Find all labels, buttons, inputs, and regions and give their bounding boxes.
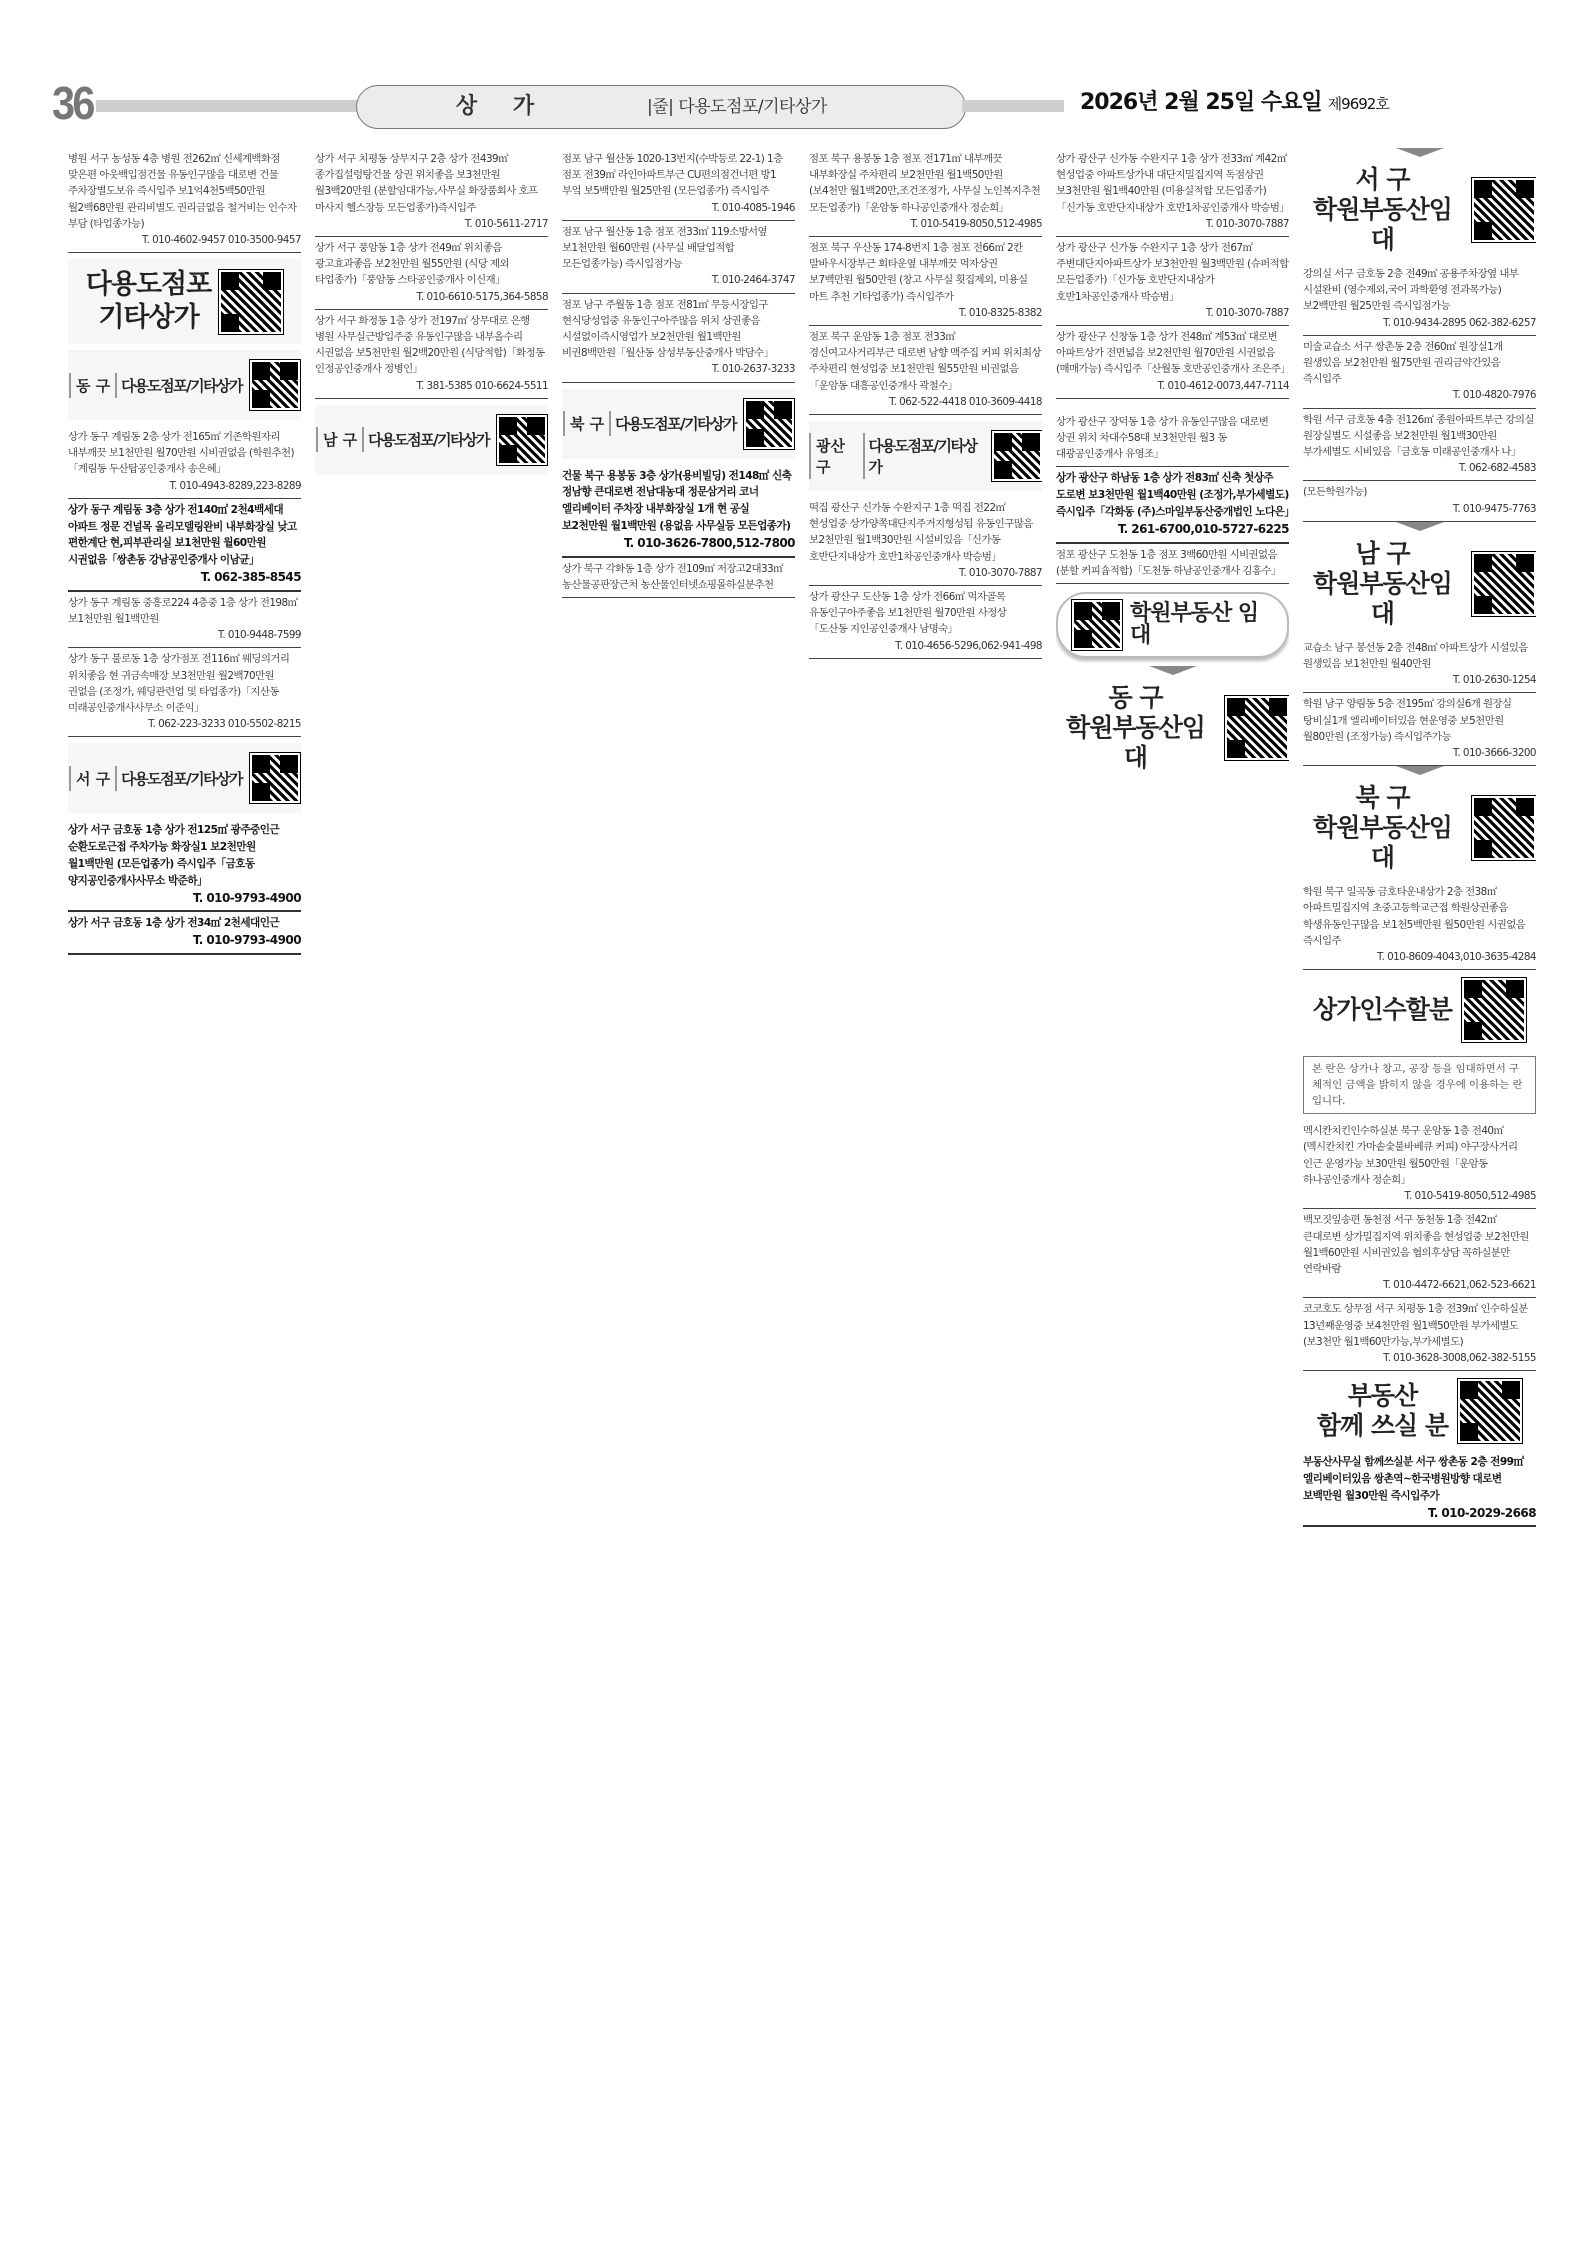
classified-ad: 학원 남구 양림동 5층 전195㎡ 강의실6개 원장실 탕비실1개 엘리베이터… <box>1303 693 1536 766</box>
qr-code-icon[interactable] <box>1472 796 1536 860</box>
classified-ad: 상가 광산구 도산동 1층 상가 전66㎡ 먹자골목 유동인구아주좋음 보1천만… <box>809 586 1042 659</box>
district-label: 남 구 <box>316 427 364 452</box>
qr-code-icon[interactable] <box>250 753 300 803</box>
classified-ad: 코코호도 상무점 서구 치평동 1층 전39㎡ 인수하실분 13년째운영중 보4… <box>1303 1298 1536 1371</box>
ad-phone[interactable]: T. 010-3628-3008,062-382-5155 <box>1303 1350 1536 1366</box>
arrow-down-icon <box>1149 666 1197 675</box>
ad-phone[interactable]: T. 010-2637-3233 <box>562 361 795 377</box>
classified-ad: 학원 서구 금호동 4층 전126㎡ 종원아파트부근 강의실 원장실별도 시설좋… <box>1303 409 1536 482</box>
ad-phone[interactable]: T. 010-4472-6621,062-523-6621 <box>1303 1277 1536 1293</box>
ad-phone[interactable]: T. 261-6700,010-5727-6225 <box>1056 521 1289 538</box>
ad-text: 상가 광산구 장덕동 1층 상가 유동인구많음 대로변 상권 위치 차대수58대… <box>1056 416 1268 460</box>
academy-header-seo-gu: 서 구학원부동산임대 <box>1303 157 1536 263</box>
section-subtitle: |줄| 다용도점포/기타상가 <box>647 99 827 116</box>
classified-ad: 상가 광산구 신가동 수완지구 1층 상가 전33㎡ 계42㎡ 현성업중 아파트… <box>1056 148 1289 237</box>
category-label: 다용도점포/기타상가 <box>368 429 489 450</box>
ad-text: 상가 서구 풍암동 1층 상가 전49㎡ 위치좋음 광고효과좋음 보2천만원 월… <box>315 242 509 286</box>
ad-text: 학원 남구 양림동 5층 전195㎡ 강의실6개 원장실 탕비실1개 엘리베이터… <box>1303 698 1511 742</box>
ad-text: 점포 북구 용봉동 1층 점포 전171㎡ 내부깨끗 내부화장실 주차편리 보2… <box>809 153 1040 214</box>
ad-text: 부동산사무실 함께쓰실분 서구 쌍촌동 2층 전99㎡ 엘리베이터있음 쌍촌역~… <box>1303 1456 1524 1502</box>
classified-ad: 상가 서구 화정동 1층 상가 전197㎡ 상무대로 은행 병원 사무실근방입주… <box>315 310 548 399</box>
ad-phone[interactable]: T. 010-9434-2895 062-382-6257 <box>1303 315 1536 331</box>
classified-ad: 떡집 광산구 신가동 수완지구 1층 떡집 전22㎡ 현성업중 상가양쪽대단지주… <box>809 497 1042 586</box>
academy-rental-banner: 학원부동산 임대 <box>1056 592 1289 658</box>
banner-title: 함께 쓰실 분 <box>1317 1411 1448 1441</box>
classified-ad: 건물 북구 용봉동 3층 상가(용비빌딩) 전148㎡ 신축 정남향 큰대로변 … <box>562 465 795 558</box>
qr-code-icon[interactable] <box>1225 696 1289 760</box>
district-label: 동 구 <box>1056 683 1215 713</box>
qr-code-icon[interactable] <box>1462 978 1526 1042</box>
ad-text: 상가 동구 계림동 2층 상가 전165㎡ 기존학원자리 내부깨끗 보1천만원 … <box>68 431 294 475</box>
ad-text: 상가 광산구 도산동 1층 상가 전66㎡ 먹자골목 유동인구아주좋음 보1천만… <box>809 591 1006 635</box>
ad-phone[interactable]: T. 010-9448-7599 <box>68 627 301 643</box>
ad-phone[interactable]: T. 010-4820-7976 <box>1303 387 1536 403</box>
district-header-gwangsan-gu: 광산구다용도점포/기타상가 <box>809 421 1042 491</box>
ad-text: 멕시칸치킨인수하실분 북구 운암동 1층 전40㎡ (멕시칸치킨 가마솥숯불바베… <box>1303 1125 1518 1186</box>
classified-ad: 멕시칸치킨인수하실분 북구 운암동 1층 전40㎡ (멕시칸치킨 가마솥숯불바베… <box>1303 1120 1536 1209</box>
ad-phone[interactable]: T. 010-4943-8289,223-8289 <box>68 478 301 494</box>
ad-text: 미술교습소 서구 쌍촌동 2층 전60㎡ 원장실1개 원생있음 보2천만원 월7… <box>1303 341 1503 385</box>
banner-title: 학원부동산임대 <box>1303 813 1462 873</box>
ad-phone[interactable]: T. 010-5611-2717 <box>315 216 548 232</box>
district-header-seo-gu: 서 구다용도점포/기타상가 <box>68 743 301 813</box>
district-header-dong-gu: 동 구다용도점포/기타상가 <box>68 350 301 420</box>
classified-ad: 점포 남구 월산동 1020-13번지(수박등로 22-1) 1층 점포 전39… <box>562 148 795 221</box>
classified-ad: 상가 서구 금호동 1층 상가 전125㎡ 광주중인근 순환도로근접 주차가능 … <box>68 819 301 912</box>
classified-ad: 부동산사무실 함께쓰실분 서구 쌍촌동 2층 전99㎡ 엘리베이터있음 쌍촌역~… <box>1303 1451 1536 1527</box>
ad-phone[interactable]: T. 010-3666-3200 <box>1303 745 1536 761</box>
arrow-down-icon <box>1396 522 1444 531</box>
ad-text: 상가 광산구 하남동 1층 상가 전83㎡ 신축 첫상주 도로변 보3천만원 월… <box>1056 472 1289 518</box>
divider <box>96 100 358 112</box>
classified-ad: 상가 동구 계림동 2층 상가 전165㎡ 기존학원자리 내부깨끗 보1천만원 … <box>68 426 301 499</box>
category-label: 다용도점포/기타상가 <box>869 435 984 477</box>
column-1: 병원 서구 농성동 4층 병원 전262㎡ 신세계백화점 맞은편 아웃백입점건물… <box>68 148 301 2258</box>
ad-text: 백모짓잎송편 동천점 서구 동천동 1층 전42㎡ 큰대로변 상가밀집지역 위치… <box>1303 1214 1529 1275</box>
masthead: 36 상 가 |줄| 다용도점포/기타상가 2026년 2월 25일 수요일제9… <box>0 0 1588 140</box>
ad-phone[interactable]: T. 010-3070-7887 <box>1056 216 1289 232</box>
academy-header-nam-gu: 남 구학원부동산임대 <box>1303 531 1536 637</box>
classified-columns: 병원 서구 농성동 4층 병원 전262㎡ 신세계백화점 맞은편 아웃백입점건물… <box>68 148 1536 2258</box>
ad-phone[interactable]: T. 010-5419-8050,512-4985 <box>1303 1188 1536 1204</box>
qr-code-icon[interactable] <box>1472 178 1536 242</box>
ad-phone[interactable]: T. 010-2464-3747 <box>562 272 795 288</box>
classified-ad: 교습소 남구 봉선동 2층 전48㎡ 아파트상가 시설있음 원생있음 보1천만원… <box>1303 637 1536 694</box>
ad-phone[interactable]: T. 010-6610-5175,364-5858 <box>315 289 548 305</box>
banner-title: 다용도점포 <box>86 269 211 301</box>
qr-code-icon[interactable] <box>1072 600 1122 650</box>
classified-ad: 병원 서구 농성동 4층 병원 전262㎡ 신세계백화점 맞은편 아웃백입점건물… <box>68 148 301 253</box>
ad-text: 건물 북구 용봉동 3층 상가(용비빌딩) 전148㎡ 신축 정남향 큰대로변 … <box>562 470 791 532</box>
ad-text: 상가 서구 금호동 1층 상가 전34㎡ 2천세대인근 <box>68 917 279 929</box>
ad-text: 상가 서구 치평동 상무지구 2층 상가 전439㎡ 종가집설렁탕건물 상권 위… <box>315 153 537 214</box>
banner-title: 학원부동산임대 <box>1303 569 1462 629</box>
district-label: 동 구 <box>69 373 117 398</box>
ad-phone[interactable]: T. 010-2630-1254 <box>1303 672 1536 688</box>
ad-phone[interactable]: T. 010-8609-4043,010-3635-4284 <box>1303 949 1536 965</box>
ad-phone[interactable]: T. 010-3626-7800,512-7800 <box>562 535 795 552</box>
ad-phone[interactable]: T. 062-682-4583 <box>1303 460 1536 476</box>
ad-text: 점포 북구 운암동 1층 점포 전33㎡ 경신여고사거리부근 대로변 남향 맥주… <box>809 331 1041 392</box>
divider <box>962 100 1064 112</box>
ad-text: 상가 동구 계림동 3층 상가 전140㎡ 2천4백세대 아파트 정문 건널목 … <box>68 504 297 566</box>
ad-phone[interactable]: T. 010-2029-2668 <box>1303 1505 1536 1522</box>
banner-title: 학원부동산임대 <box>1056 713 1215 773</box>
classified-ad: 상가 북구 각화동 1층 상가 전109㎡ 저장고2대33㎡ 농산물공판장근처 … <box>562 558 795 598</box>
classified-ad: 학원 북구 일곡동 금호타운내상가 2층 전38㎡ 아파트밀집지역 초중고등학교… <box>1303 881 1536 970</box>
ad-phone[interactable]: T. 010-5419-8050,512-4985 <box>809 216 1042 232</box>
classified-ad: 미술교습소 서구 쌍촌동 2층 전60㎡ 원장실1개 원생있음 보2천만원 월7… <box>1303 336 1536 409</box>
ad-phone[interactable]: T. 010-4612-0073,447-7114 <box>1056 378 1289 394</box>
district-label: 남 구 <box>1303 539 1462 569</box>
ad-phone[interactable]: T. 010-3070-7887 <box>809 565 1042 581</box>
ad-text: 점포 남구 주월동 1층 점포 전81㎡ 무등시장입구 현식당성업중 유동인구아… <box>562 299 774 360</box>
category-banner: 다용도점포기타상가 <box>68 259 301 344</box>
classified-ad: 점포 남구 월산동 1층 점포 전33㎡ 119소방서옆 보1천만원 월60만원… <box>562 221 795 294</box>
classified-ad: 상가 광산구 장덕동 1층 상가 유동인구많음 대로변 상권 위치 차대수58대… <box>1056 411 1289 468</box>
classified-ad: (모든학원가능)T. 010-9475-7763 <box>1303 481 1536 521</box>
ad-text: 상가 광산구 신가동 수완지구 1층 상가 전67㎡ 주변대단지아파트상가 보3… <box>1056 242 1289 303</box>
ad-phone[interactable]: T. 010-4656-5296,062-941-498 <box>809 638 1042 654</box>
ad-phone[interactable]: T. 381-5385 010-6624-5511 <box>315 378 548 394</box>
column-5: 상가 광산구 신가동 수완지구 1층 상가 전33㎡ 계42㎡ 현성업중 아파트… <box>1056 148 1289 2258</box>
ad-text: 코코호도 상무점 서구 치평동 1층 전39㎡ 인수하실분 13년째운영중 보4… <box>1303 1303 1528 1347</box>
classified-ad: 상가 광산구 하남동 1층 상가 전83㎡ 신축 첫상주 도로변 보3천만원 월… <box>1056 467 1289 543</box>
ad-text: 상가 동구 불로동 1층 상가점포 전116㎡ 웨딩의거리 위치좋음 현 귀금속… <box>68 653 289 714</box>
qr-code-icon[interactable] <box>250 360 300 410</box>
ad-phone[interactable]: T. 010-4602-9457 010-3500-9457 <box>68 232 301 248</box>
section-title: 상 가 <box>357 96 647 118</box>
ad-text: 떡집 광산구 신가동 수완지구 1층 떡집 전22㎡ 현성업중 상가양쪽대단지주… <box>809 502 1033 563</box>
classified-ad: 상가 서구 금호동 1층 상가 전34㎡ 2천세대인근T. 010-9793-4… <box>68 912 301 955</box>
takeover-notice: 본 란은 상가나 창고, 공장 등을 임대하면서 구체적인 금액을 밝히지 않을… <box>1303 1056 1536 1114</box>
ad-text: 학원 북구 일곡동 금호타운내상가 2층 전38㎡ 아파트밀집지역 초중고등학교… <box>1303 886 1525 947</box>
classified-ad: 백모짓잎송편 동천점 서구 동천동 1층 전42㎡ 큰대로변 상가밀집지역 위치… <box>1303 1209 1536 1298</box>
ad-text: 상가 북구 각화동 1층 상가 전109㎡ 저장고2대33㎡ 농산물공판장근처 … <box>562 563 783 591</box>
ad-text: (모든학원가능) <box>1303 486 1367 498</box>
issue-number: 제9692호 <box>1328 95 1389 113</box>
ad-phone[interactable]: T. 010-3070-7887 <box>1056 305 1289 321</box>
banner-title: 부동산 <box>1317 1381 1448 1411</box>
column-2: 상가 서구 치평동 상무지구 2층 상가 전439㎡ 종가집설렁탕건물 상권 위… <box>315 148 548 2258</box>
district-label: 북 구 <box>1303 783 1462 813</box>
district-header-nam-gu: 남 구다용도점포/기타상가 <box>315 405 548 475</box>
ad-phone[interactable]: T. 062-522-4418 010-3609-4418 <box>809 394 1042 410</box>
ad-text: 상가 광산구 신창동 1층 상가 전48㎡ 계53㎡ 대로변 아파트상가 전면넓… <box>1056 331 1289 375</box>
column-3: 점포 남구 월산동 1020-13번지(수박등로 22-1) 1층 점포 전39… <box>562 148 795 2258</box>
classified-ad: 상가 서구 치평동 상무지구 2층 상가 전439㎡ 종가집설렁탕건물 상권 위… <box>315 148 548 237</box>
column-6: 서 구학원부동산임대 강의실 서구 금호동 2층 전49㎡ 공용주차장옆 내부 … <box>1303 148 1536 2258</box>
ad-text: 상가 서구 화정동 1층 상가 전197㎡ 상무대로 은행 병원 사무실근방입주… <box>315 315 545 376</box>
ad-text: 상가 동구 계림동 중흥로224 4층중 1층 상가 전198㎡ 보1천만원 월… <box>68 597 297 625</box>
qr-code-icon[interactable] <box>1472 552 1536 616</box>
section-label: 상 가 |줄| 다용도점포/기타상가 <box>356 85 966 129</box>
ad-text: 점포 남구 월산동 1층 점포 전33㎡ 119소방서옆 보1천만원 월60만원… <box>562 226 767 270</box>
ad-phone[interactable]: T. 062-223-3233 010-5502-8215 <box>68 716 301 732</box>
classified-ad: 강의실 서구 금호동 2층 전49㎡ 공용주차장옆 내부 시설완비 (영수제외,… <box>1303 263 1536 336</box>
district-header-buk-gu: 북 구다용도점포/기타상가 <box>562 389 795 459</box>
ad-text: 점포 북구 우산동 174-8번지 1층 점포 전66㎡ 2칸 말바우시장부근 … <box>809 242 1027 303</box>
ad-text: 병원 서구 농성동 4층 병원 전262㎡ 신세계백화점 맞은편 아웃백입점건물… <box>68 153 296 230</box>
ad-text: 점포 광산구 도천동 1층 점포 3백60만원 시비권없음 (분할 커피숍적합)… <box>1056 549 1281 577</box>
qr-code-icon[interactable] <box>219 270 283 334</box>
ad-phone[interactable]: T. 010-9793-4900 <box>68 890 301 907</box>
classified-ad: 상가 동구 불로동 1층 상가점포 전116㎡ 웨딩의거리 위치좋음 현 귀금속… <box>68 648 301 737</box>
dateline: 2026년 2월 25일 수요일제9692호 <box>1080 92 1389 114</box>
ad-text: 점포 남구 월산동 1020-13번지(수박등로 22-1) 1층 점포 전39… <box>562 153 783 197</box>
academy-header-dong-gu: 동 구학원부동산임대 <box>1056 675 1289 781</box>
classified-ad: 점포 북구 운암동 1층 점포 전33㎡ 경신여고사거리부근 대로변 남향 맥주… <box>809 326 1042 415</box>
classified-ad: 상가 동구 계림동 3층 상가 전140㎡ 2천4백세대 아파트 정문 건널목 … <box>68 499 301 592</box>
arrow-down-icon <box>1396 766 1444 775</box>
category-label: 다용도점포/기타상가 <box>121 768 242 789</box>
ad-text: 교습소 남구 봉선동 2층 전48㎡ 아파트상가 시설있음 원생있음 보1천만원… <box>1303 642 1528 670</box>
classified-ad: 점포 남구 주월동 1층 점포 전81㎡ 무등시장입구 현식당성업중 유동인구아… <box>562 294 795 383</box>
district-label: 광산구 <box>809 433 865 479</box>
classified-ad: 상가 광산구 신가동 수완지구 1층 상가 전67㎡ 주변대단지아파트상가 보3… <box>1056 237 1289 326</box>
classified-ad: 점포 북구 우산동 174-8번지 1층 점포 전66㎡ 2칸 말바우시장부근 … <box>809 237 1042 326</box>
share-office-header: 부동산함께 쓰실 분 <box>1303 1371 1536 1451</box>
academy-header-buk-gu: 북 구학원부동산임대 <box>1303 775 1536 881</box>
category-label: 다용도점포/기타상가 <box>615 413 736 434</box>
qr-code-icon[interactable] <box>744 399 794 449</box>
district-label: 북 구 <box>563 411 611 436</box>
ad-phone[interactable]: T. 062-385-8545 <box>68 569 301 586</box>
ad-phone[interactable]: T. 010-4085-1946 <box>562 200 795 216</box>
takeover-header: 상가인수할분 <box>1303 970 1536 1050</box>
column-4: 점포 북구 용봉동 1층 점포 전171㎡ 내부깨끗 내부화장실 주차편리 보2… <box>809 148 1042 2258</box>
arrow-down-icon <box>1396 148 1444 157</box>
classified-ad: 점포 광산구 도천동 1층 점포 3백60만원 시비권없음 (분할 커피숍적합)… <box>1056 544 1289 584</box>
classified-ad: 상가 동구 계림동 중흥로224 4층중 1층 상가 전198㎡ 보1천만원 월… <box>68 592 301 649</box>
banner-title: 학원부동산임대 <box>1303 195 1462 255</box>
page-number: 36 <box>52 80 93 126</box>
ad-text: 상가 서구 금호동 1층 상가 전125㎡ 광주중인근 순환도로근접 주차가능 … <box>68 824 279 886</box>
classified-ad: 점포 북구 용봉동 1층 점포 전171㎡ 내부깨끗 내부화장실 주차편리 보2… <box>809 148 1042 237</box>
banner-title: 기타상가 <box>86 302 211 334</box>
ad-phone[interactable]: T. 010-9793-4900 <box>68 932 301 949</box>
ad-text: 강의실 서구 금호동 2층 전49㎡ 공용주차장옆 내부 시설완비 (영수제외,… <box>1303 268 1518 312</box>
qr-code-icon[interactable] <box>1458 1379 1522 1443</box>
qr-code-icon[interactable] <box>497 415 547 465</box>
district-label: 서 구 <box>69 766 117 791</box>
ad-phone[interactable]: T. 010-8325-8382 <box>809 305 1042 321</box>
qr-code-icon[interactable] <box>992 431 1042 481</box>
ad-text: 상가 광산구 신가동 수완지구 1층 상가 전33㎡ 계42㎡ 현성업중 아파트… <box>1056 153 1289 214</box>
issue-date: 2026년 2월 25일 수요일 <box>1080 90 1322 115</box>
banner-title: 상가인수할분 <box>1313 995 1452 1025</box>
ad-phone[interactable]: T. 010-9475-7763 <box>1303 501 1536 517</box>
classified-ad: 상가 광산구 신창동 1층 상가 전48㎡ 계53㎡ 대로변 아파트상가 전면넓… <box>1056 326 1289 399</box>
category-label: 다용도점포/기타상가 <box>121 375 242 396</box>
banner-title: 학원부동산 임대 <box>1130 603 1273 647</box>
classified-ad: 상가 서구 풍암동 1층 상가 전49㎡ 위치좋음 광고효과좋음 보2천만원 월… <box>315 237 548 310</box>
district-label: 서 구 <box>1303 165 1462 195</box>
ad-text: 학원 서구 금호동 4층 전126㎡ 종원아파트부근 강의실 원장실별도 시설좋… <box>1303 414 1534 458</box>
